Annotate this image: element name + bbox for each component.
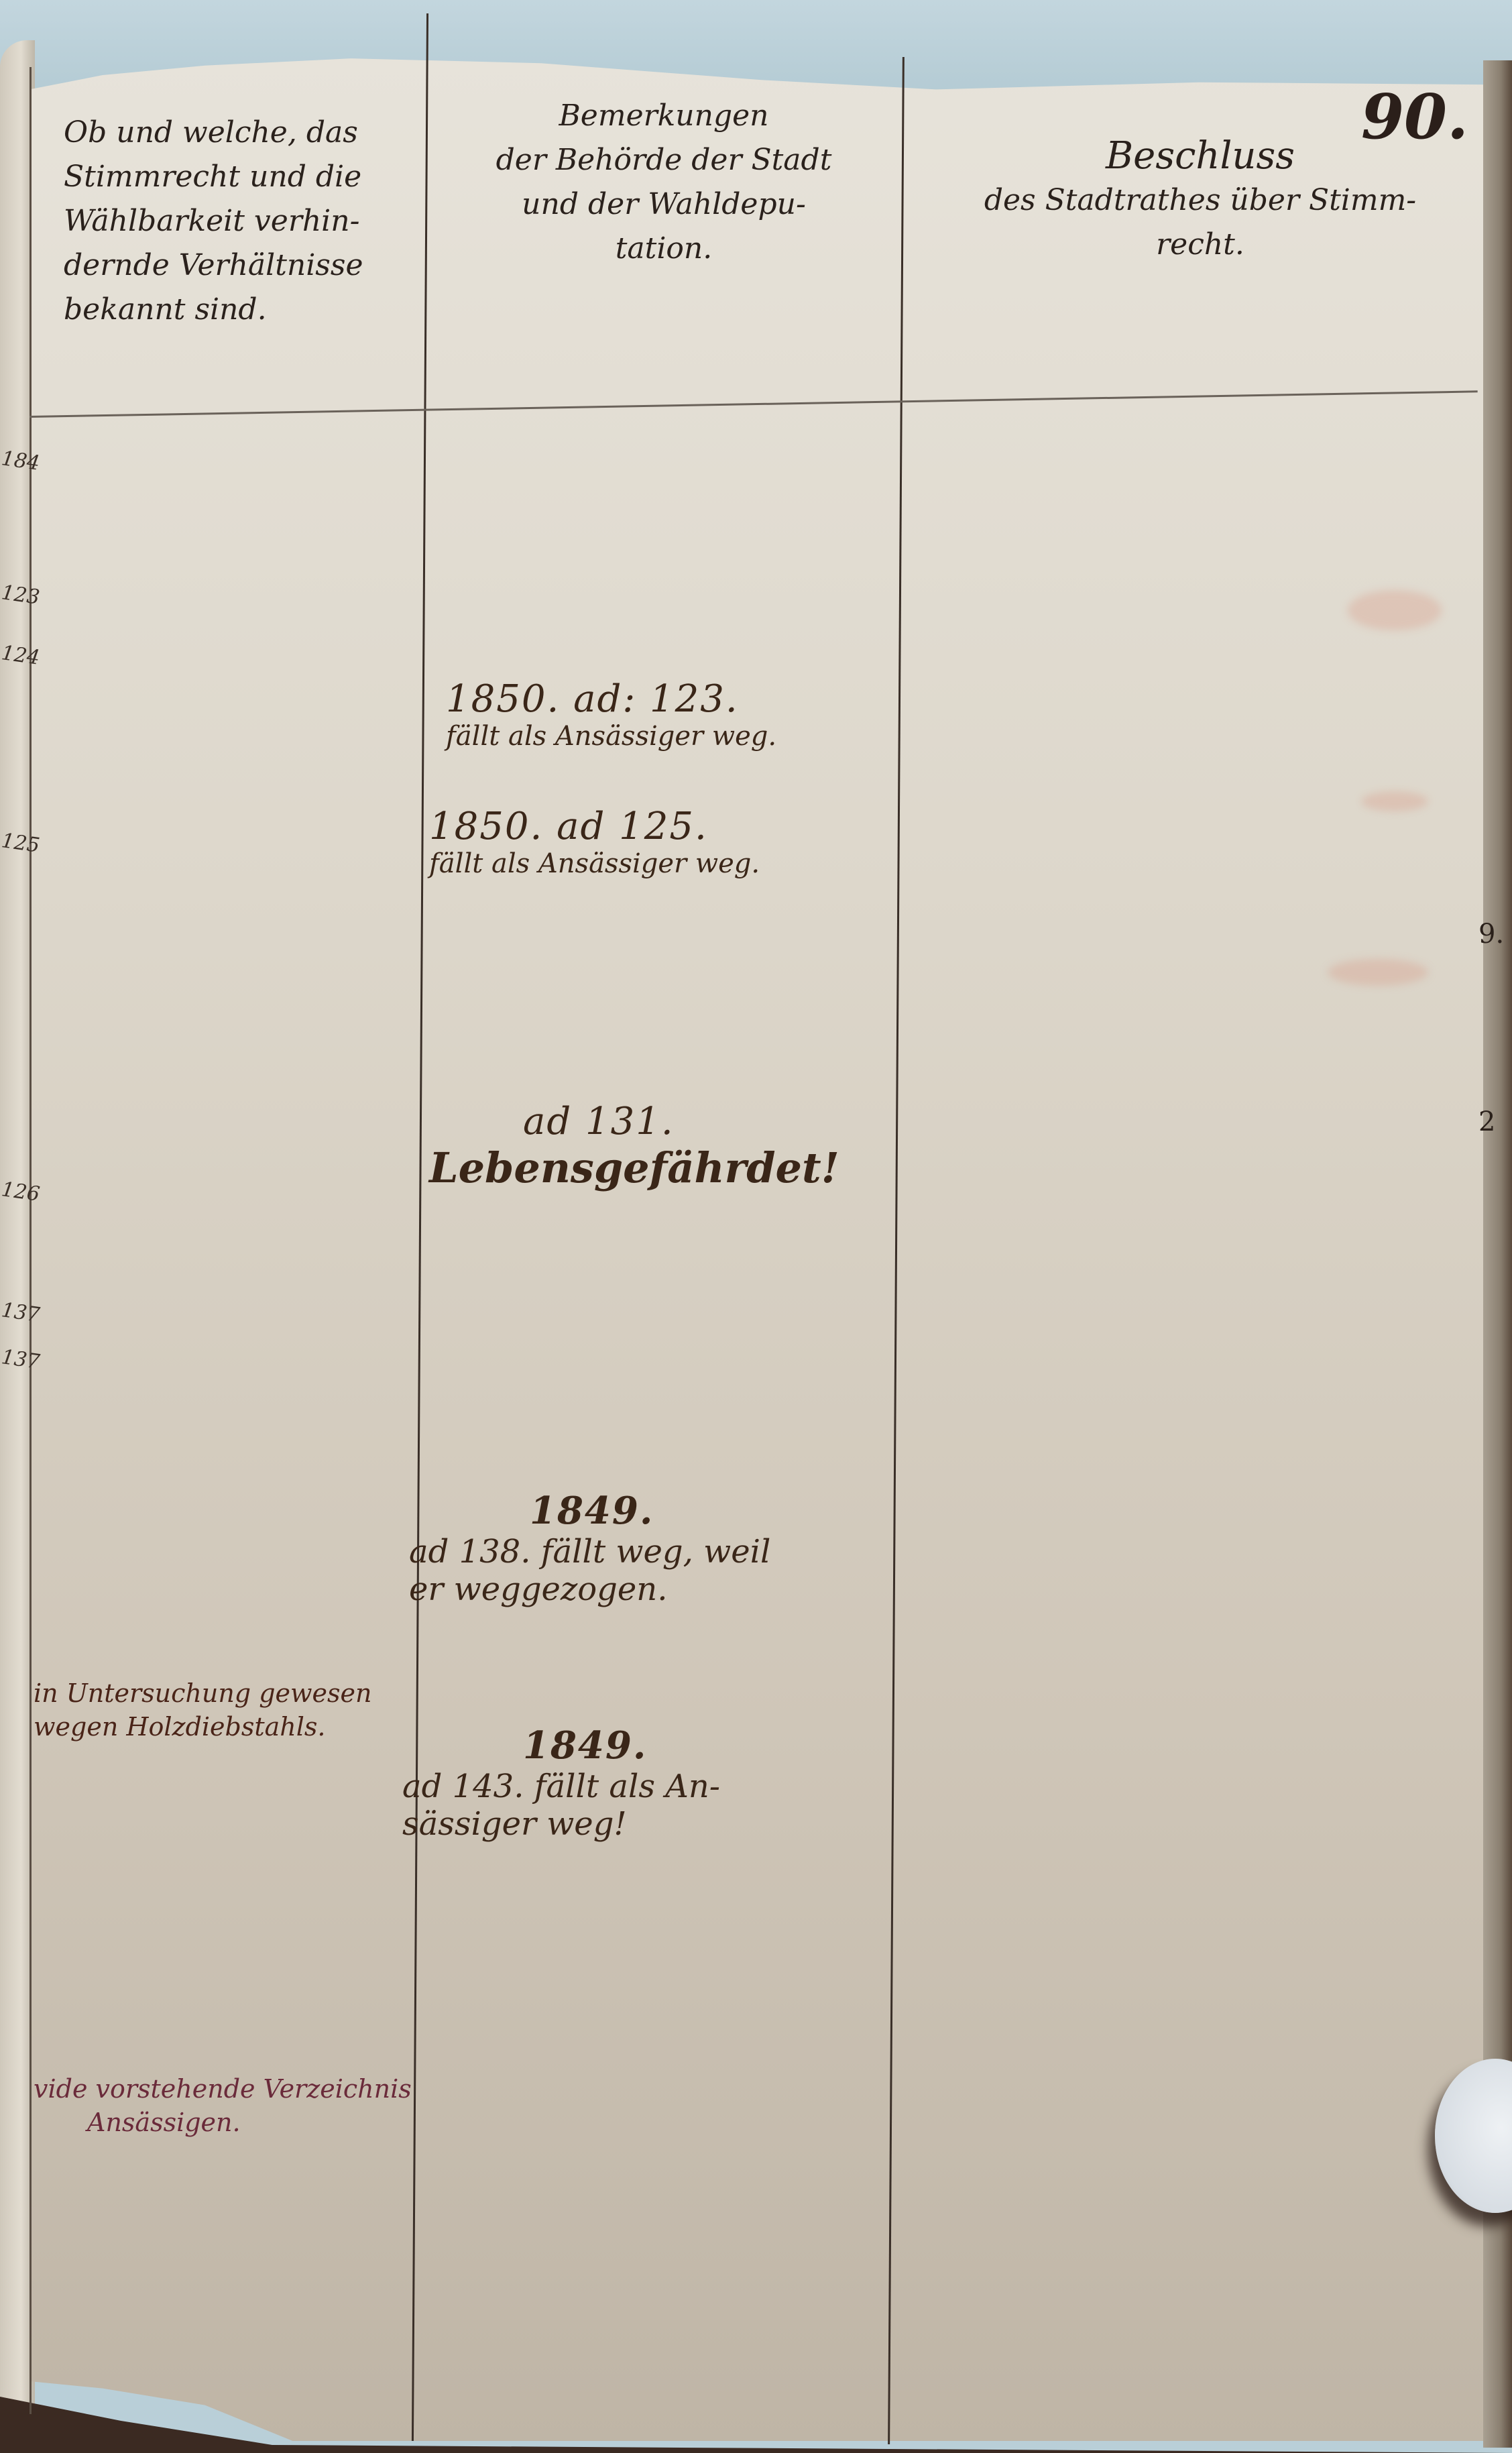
page-gutter-rule: [30, 67, 32, 2414]
remark-entry: 1849. ad 143. fällt als An- sässiger weg…: [402, 1723, 720, 1843]
header-line: dernde Verhältnisse: [64, 243, 412, 288]
remark-text: fällt als Ansässiger weg.: [429, 848, 760, 879]
remark-ref: 1849.: [409, 1489, 770, 1533]
header-line: Ob und welche, das: [64, 111, 412, 155]
remark-text: fällt als Ansässiger weg.: [446, 721, 776, 752]
note-line: Ansässigen.: [34, 2106, 412, 2139]
note-line: in Untersuchung gewesen: [34, 1676, 372, 1710]
header-line: und der Wahldepu-: [443, 182, 885, 227]
remark-text: ad 143. fällt als An-: [402, 1768, 720, 1805]
remark-text: er weggezogen.: [409, 1571, 770, 1608]
remark-text: sässiger weg!: [402, 1805, 720, 1843]
note-line: vide vorstehende Verzeichnis: [34, 2072, 412, 2106]
header-line: tation.: [443, 227, 885, 271]
remark-ref: 1850. ad: 123.: [446, 677, 776, 721]
header-line: Stimmrecht und die: [64, 155, 412, 199]
stain: [1361, 791, 1428, 811]
stain: [1348, 590, 1442, 630]
page-number: 90.: [1361, 80, 1468, 153]
left-column-note: in Untersuchung gewesen wegen Holzdiebst…: [34, 1676, 372, 1744]
header-line: Bemerkungen: [443, 94, 885, 138]
header-line: des Stadtrathes über Stimm-: [912, 178, 1489, 223]
header-line: der Behörde der Stadt: [443, 138, 885, 182]
column-header-resolution: Beschluss des Stadtrathes über Stimm- re…: [912, 134, 1489, 267]
remark-ref: 1850. ad 125.: [429, 805, 760, 848]
remark-ref: 1849.: [402, 1723, 720, 1768]
column-header-remarks: Bemerkungen der Behörde der Stadt und de…: [443, 94, 885, 271]
right-edge-mark: 2: [1478, 1106, 1495, 1137]
remark-text: Lebensgefährdet!: [429, 1143, 839, 1192]
header-line: Wählbarkeit verhin-: [64, 199, 412, 243]
remark-text: ad 138. fällt weg, weil: [409, 1533, 770, 1571]
stain: [1328, 959, 1428, 986]
right-edge-mark: 9.: [1478, 919, 1504, 950]
remark-ref: ad 131.: [429, 1100, 839, 1143]
left-column-note-red: vide vorstehende Verzeichnis Ansässigen.: [34, 2072, 412, 2139]
remark-entry: 1850. ad: 123. fällt als Ansässiger weg.: [446, 677, 776, 752]
header-line: bekannt sind.: [64, 288, 412, 332]
remark-entry: 1850. ad 125. fällt als Ansässiger weg.: [429, 805, 760, 879]
remark-entry: ad 131. Lebensgefährdet!: [429, 1100, 839, 1192]
column-header-eligibility: Ob und welche, das Stimmrecht und die Wä…: [64, 111, 412, 332]
header-line: recht.: [912, 223, 1489, 267]
remark-entry: 1849. ad 138. fällt weg, weil er weggezo…: [409, 1489, 770, 1608]
note-line: wegen Holzdiebstahls.: [34, 1710, 372, 1744]
